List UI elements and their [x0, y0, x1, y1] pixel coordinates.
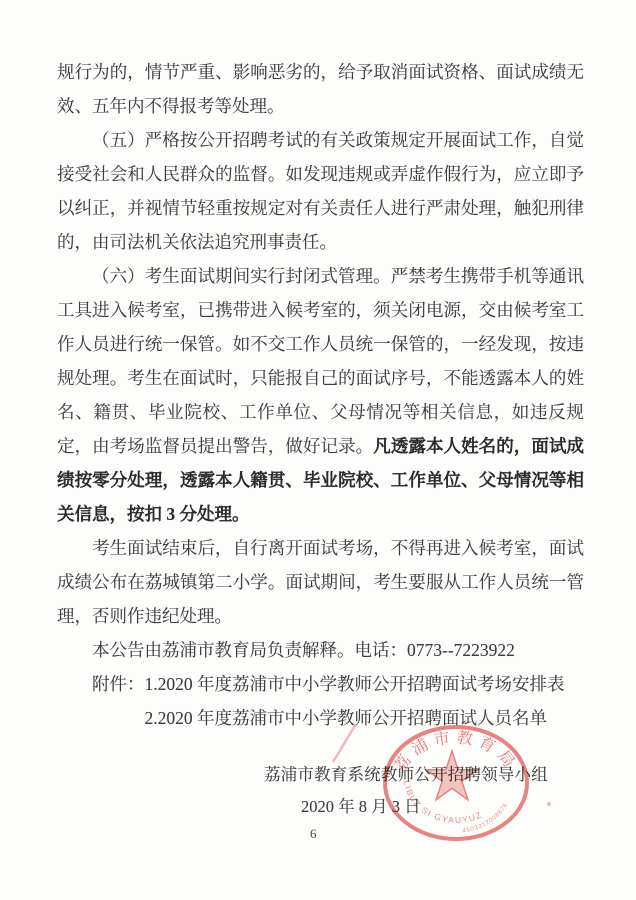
paragraph: （五）严格按公开招聘考试的有关政策规定开展面试工作，自觉接受社会和人民群众的监督…: [57, 123, 584, 259]
attachment-item: 1.2020 年度荔浦市中小学教师公开招聘面试考场安排表: [145, 667, 585, 701]
paragraph: （六）考生面试期间实行封闭式管理。严禁考生携带手机等通讯工具进入候考室，已携带进…: [57, 259, 584, 531]
text-run: 规行为的，情节严重、影响恶劣的，给予取消面试资格、面试成绩无效、五年内不得报考等…: [57, 62, 584, 116]
attachment-item: 2.2020 年度荔浦市中小学教师公开招聘面试人员名单: [145, 701, 585, 735]
attachments-label: 附件：: [92, 667, 145, 735]
text-run: （六）考生面试期间实行封闭式管理。严禁考生携带手机等通讯工具进入候考室，已携带进…: [57, 266, 584, 456]
attachments-block: 附件： 1.2020 年度荔浦市中小学教师公开招聘面试考场安排表2.2020 年…: [57, 667, 584, 735]
paragraph: 规行为的，情节严重、影响恶劣的，给予取消面试资格、面试成绩无效、五年内不得报考等…: [57, 55, 584, 123]
text-run: 本公告由荔浦市教育局负责解释。电话：0773--7223922: [92, 640, 515, 660]
text-run: （五）严格按公开招聘考试的有关政策规定开展面试工作，自觉接受社会和人民群众的监督…: [57, 130, 584, 252]
paragraph: 考生面试结束后，自行离开面试考场，不得再进入候考室，面试成绩公布在荔城镇第二小学…: [57, 531, 584, 633]
ink-speck: [547, 802, 551, 806]
attachment-items: 1.2020 年度荔浦市中小学教师公开招聘面试考场安排表2.2020 年度荔浦市…: [145, 667, 585, 735]
paragraph: 本公告由荔浦市教育局负责解释。电话：0773--7223922: [57, 633, 584, 667]
document-page: 规行为的，情节严重、影响恶劣的，给予取消面试资格、面试成绩无效、五年内不得报考等…: [0, 0, 636, 900]
signature-date: 2020 年 8 月 3 日: [301, 793, 421, 817]
paragraphs-container: 规行为的，情节严重、影响恶劣的，给予取消面试资格、面试成绩无效、五年内不得报考等…: [57, 55, 584, 667]
text-run: 考生面试结束后，自行离开面试考场，不得再进入候考室，面试成绩公布在荔城镇第二小学…: [57, 538, 584, 626]
signature-issuer: 荔浦市教育系统教师公开招聘领导小组: [264, 761, 548, 785]
document-body: 规行为的，情节严重、影响恶劣的，给予取消面试资格、面试成绩无效、五年内不得报考等…: [57, 55, 584, 735]
page-number: 6: [310, 826, 317, 842]
seal-serial-number: 4503312008676: [462, 802, 509, 835]
